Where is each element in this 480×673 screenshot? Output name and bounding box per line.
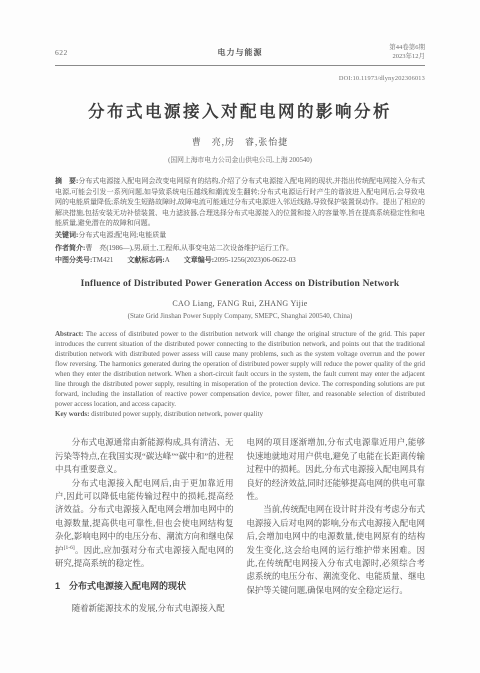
body-left-column: 分布式电源通常由新能源构成,具有清洁、无污染等特点,在我国实现“碳达峰”“碳中和… [55,436,234,615]
doc-code-value: A [165,256,170,264]
keywords-en-label: Key words: [55,410,89,418]
abstract-cn: 摘 要:分布式电源接入配电网会改变电网原有的结构,介绍了分布式电源接入配电网的现… [55,176,425,229]
body-paragraph: 当前,传统配电网在设计时并没有考虑分布式电源接入后对电网的影响,分布式电源接入配… [247,503,426,597]
issue-info: 第44卷第6期 2023年12月 [302,44,425,61]
section-heading-1: 1分布式电源接入配电网的现状 [55,580,234,593]
abstract-cn-text: 分布式电源接入配电网会改变电网原有的结构,介绍了分布式电源接入配电网的现状,并指… [55,177,425,227]
abstract-en-text: The access of distributed power to the d… [55,330,425,407]
page-number: 622 [55,48,178,57]
clc-label: 中图分类号: [55,256,92,264]
issue-volume: 第44卷第6期 [389,44,425,51]
authors-en: CAO Liang, FANG Rui, ZHANG Yijie [55,299,425,308]
keywords-cn-label: 关键词: [55,231,78,239]
clc-value: TM421 [92,256,113,264]
affiliation-cn: (国网上海市电力公司金山供电公司,上海 200540) [55,154,425,164]
body-paragraph: 分布式电源接入配电网后,由于更加靠近用户,因此可以降低电能传输过程中的损耗,提高… [55,477,234,571]
abstract-en: Abstract: The access of distributed powe… [55,330,425,409]
keywords-cn-text: 分布式电源;配电网;电能质量 [78,231,166,239]
header-rule [55,65,425,66]
article-id-label: 文章编号: [184,256,214,264]
doi-line: DOI:10.11973/dlyny202306013 [55,75,425,82]
author-bio-label: 作者简介: [55,244,85,252]
body-right-column: 电网的项目逐渐增加,分布式电源靠近用户,能够快速地就地对用户供电,避免了电能在长… [247,436,426,615]
paragraph-text: 分布式电源接入配电网后,由于更加靠近用户,因此可以降低电能传输过程中的损耗,提高… [55,479,234,555]
body-paragraph: 电网的项目逐渐增加,分布式电源靠近用户,能够快速地就地对用户供电,避免了电能在长… [247,436,426,503]
paragraph-text: 。因此,应加强对分布式电源接入配电网的研究,提高系统的稳定性。 [55,546,234,568]
body-paragraph: 随着新能源技术的发展,分布式电源接入配 [55,602,234,615]
keywords-en-text: distributed power supply, distribution n… [91,410,263,418]
body-columns: 分布式电源通常由新能源构成,具有清洁、无污染等特点,在我国实现“碳达峰”“碳中和… [55,436,425,615]
abstract-cn-label: 摘 要: [55,177,78,185]
doc-code-label: 文献标志码: [127,256,164,264]
abstract-en-label: Abstract: [55,330,83,338]
keywords-en: Key words: distributed power supply, dis… [55,410,425,420]
keywords-cn: 关键词:分布式电源;配电网;电能质量 [55,230,425,241]
classification-line: 中图分类号:TM421文献标志码:A文章编号:2095-1256(2023)06… [55,255,425,266]
running-header: 622 电力与能源 第44卷第6期 2023年12月 [55,44,425,61]
article-id-value: 2095-1256(2023)06-0622-03 [214,256,296,264]
section-number: 1 [55,581,60,591]
affiliation-en: (State Grid Jinshan Power Supply Company… [55,312,425,320]
issue-date: 2023年12月 [392,53,425,60]
article-title-en: Influence of Distributed Power Generatio… [55,279,425,289]
journal-title: 电力与能源 [178,47,301,58]
article-title-cn: 分布式电源接入对配电网的影响分析 [55,98,425,122]
authors-cn: 曹 亮,房 睿,张怡捷 [55,135,425,148]
author-bio-text: 曹 亮(1986—),男,硕士,工程师,从事变电站二次设备维护运行工作。 [85,244,293,252]
author-bio: 作者简介:曹 亮(1986—),男,硕士,工程师,从事变电站二次设备维护运行工作… [55,243,425,254]
section-title: 分布式电源接入配电网的现状 [69,581,186,591]
citation-superscript: [1-6] [64,545,75,551]
paper-page: 622 电力与能源 第44卷第6期 2023年12月 DOI:10.11973/… [0,0,480,673]
body-paragraph: 分布式电源通常由新能源构成,具有清洁、无污染等特点,在我国实现“碳达峰”“碳中和… [55,436,234,476]
